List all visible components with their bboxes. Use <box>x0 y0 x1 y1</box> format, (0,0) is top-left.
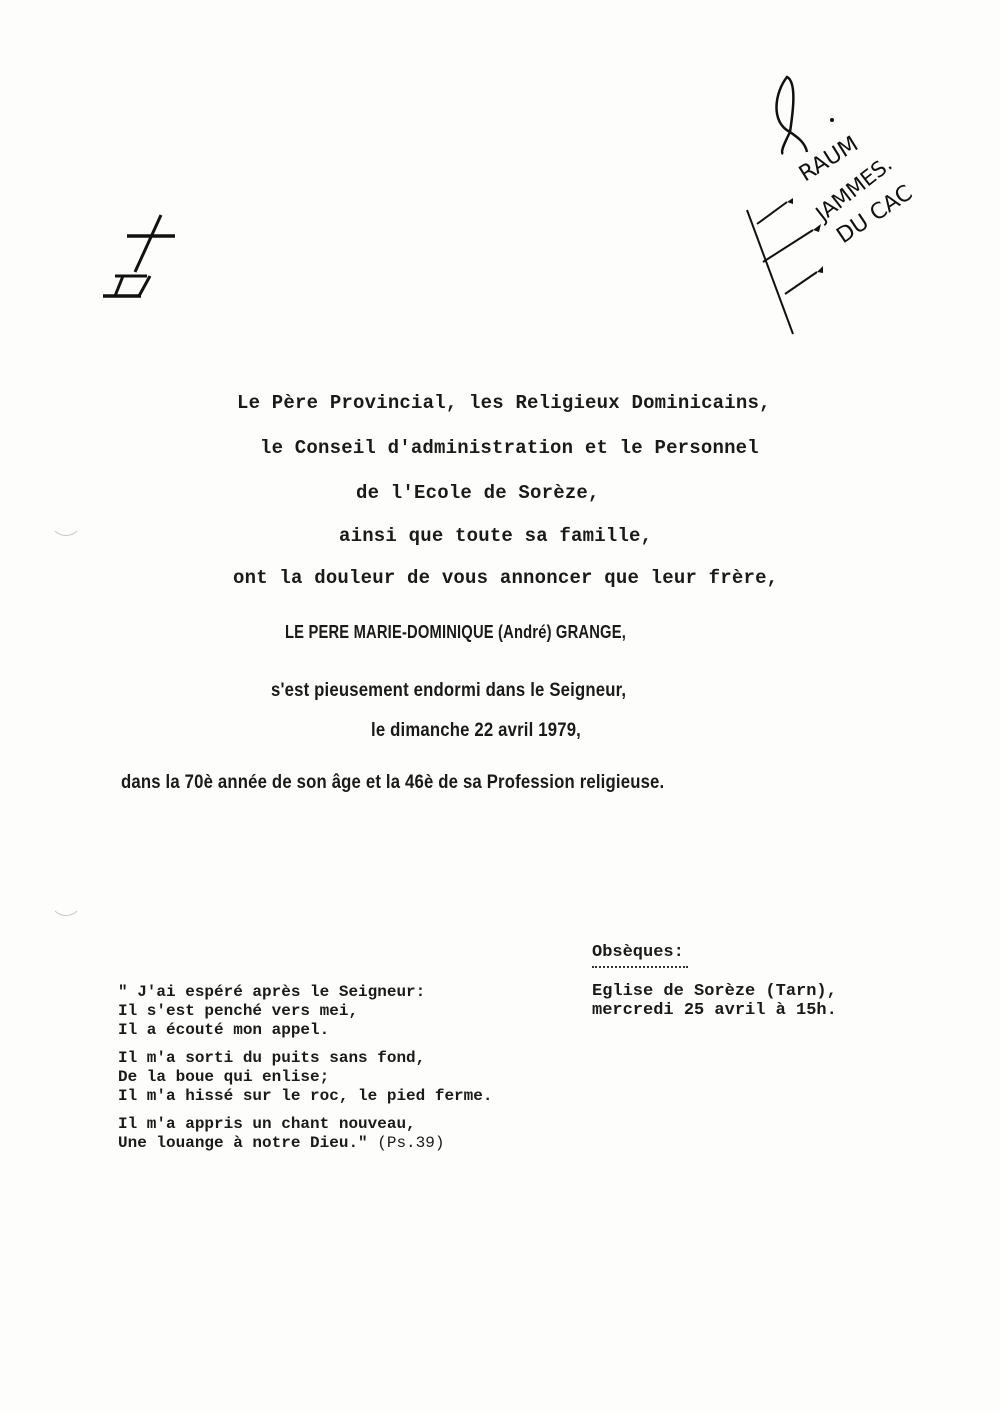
document-page: RAUM JAMMES. DU CAC Le Père Provincial, … <box>0 0 1000 1413</box>
death-line: dans la 70è année de son âge et la 46è d… <box>121 772 664 794</box>
psalm-line: " J'ai espéré après le Seigneur: <box>118 983 492 1002</box>
announcement-line: ont la douleur de vous annoncer que leur… <box>233 567 778 589</box>
psalm-reference: (Ps.39) <box>377 1134 444 1152</box>
announcement-line: Le Père Provincial, les Religieux Domini… <box>237 392 771 414</box>
dotted-underline <box>592 962 688 968</box>
punch-hole-mark <box>50 885 82 916</box>
death-line: s'est pieusement endormi dans le Seigneu… <box>271 680 626 702</box>
punch-hole-mark <box>50 505 82 536</box>
funeral-info: Obsèques: Eglise de Sorèze (Tarn), mercr… <box>592 943 837 1020</box>
handwritten-annotation-icon: RAUM JAMMES. DU CAC <box>735 62 935 342</box>
psalm-line: Il m'a hissé sur le roc, le pied ferme. <box>118 1087 492 1106</box>
psalm-line: Il m'a appris un chant nouveau, <box>118 1115 492 1134</box>
funeral-heading: Obsèques: <box>592 943 837 962</box>
psalm-stanza: Il m'a sorti du puits sans fond, De la b… <box>118 1049 492 1106</box>
psalm-quote: " J'ai espéré après le Seigneur: Il s'es… <box>118 983 492 1162</box>
funeral-location: Eglise de Sorèze (Tarn), <box>592 982 837 1001</box>
announcement-line: le Conseil d'administration et le Person… <box>260 437 759 459</box>
funeral-datetime: mercredi 25 avril à 15h. <box>592 1001 837 1020</box>
psalm-line: Il s'est penché vers mei, <box>118 1002 492 1021</box>
deceased-name: LE PERE MARIE-DOMINIQUE (André) GRANGE, <box>285 622 626 643</box>
announcement-line: de l'Ecole de Sorèze, <box>356 482 600 504</box>
psalm-line: Il m'a sorti du puits sans fond, <box>118 1049 492 1068</box>
cross-over-box-mark-icon <box>95 210 185 300</box>
announcement-line: ainsi que toute sa famille, <box>339 525 652 547</box>
psalm-line-last: Une louange à notre Dieu." (Ps.39) <box>118 1134 492 1153</box>
psalm-stanza: " J'ai espéré après le Seigneur: Il s'es… <box>118 983 492 1040</box>
psalm-stanza: Il m'a appris un chant nouveau, Une loua… <box>118 1115 492 1153</box>
death-date: le dimanche 22 avril 1979, <box>371 720 581 742</box>
psalm-line: Il a écouté mon appel. <box>118 1021 492 1040</box>
psalm-line-text: Une louange à notre Dieu." <box>118 1134 368 1152</box>
psalm-line: De la boue qui enlise; <box>118 1068 492 1087</box>
